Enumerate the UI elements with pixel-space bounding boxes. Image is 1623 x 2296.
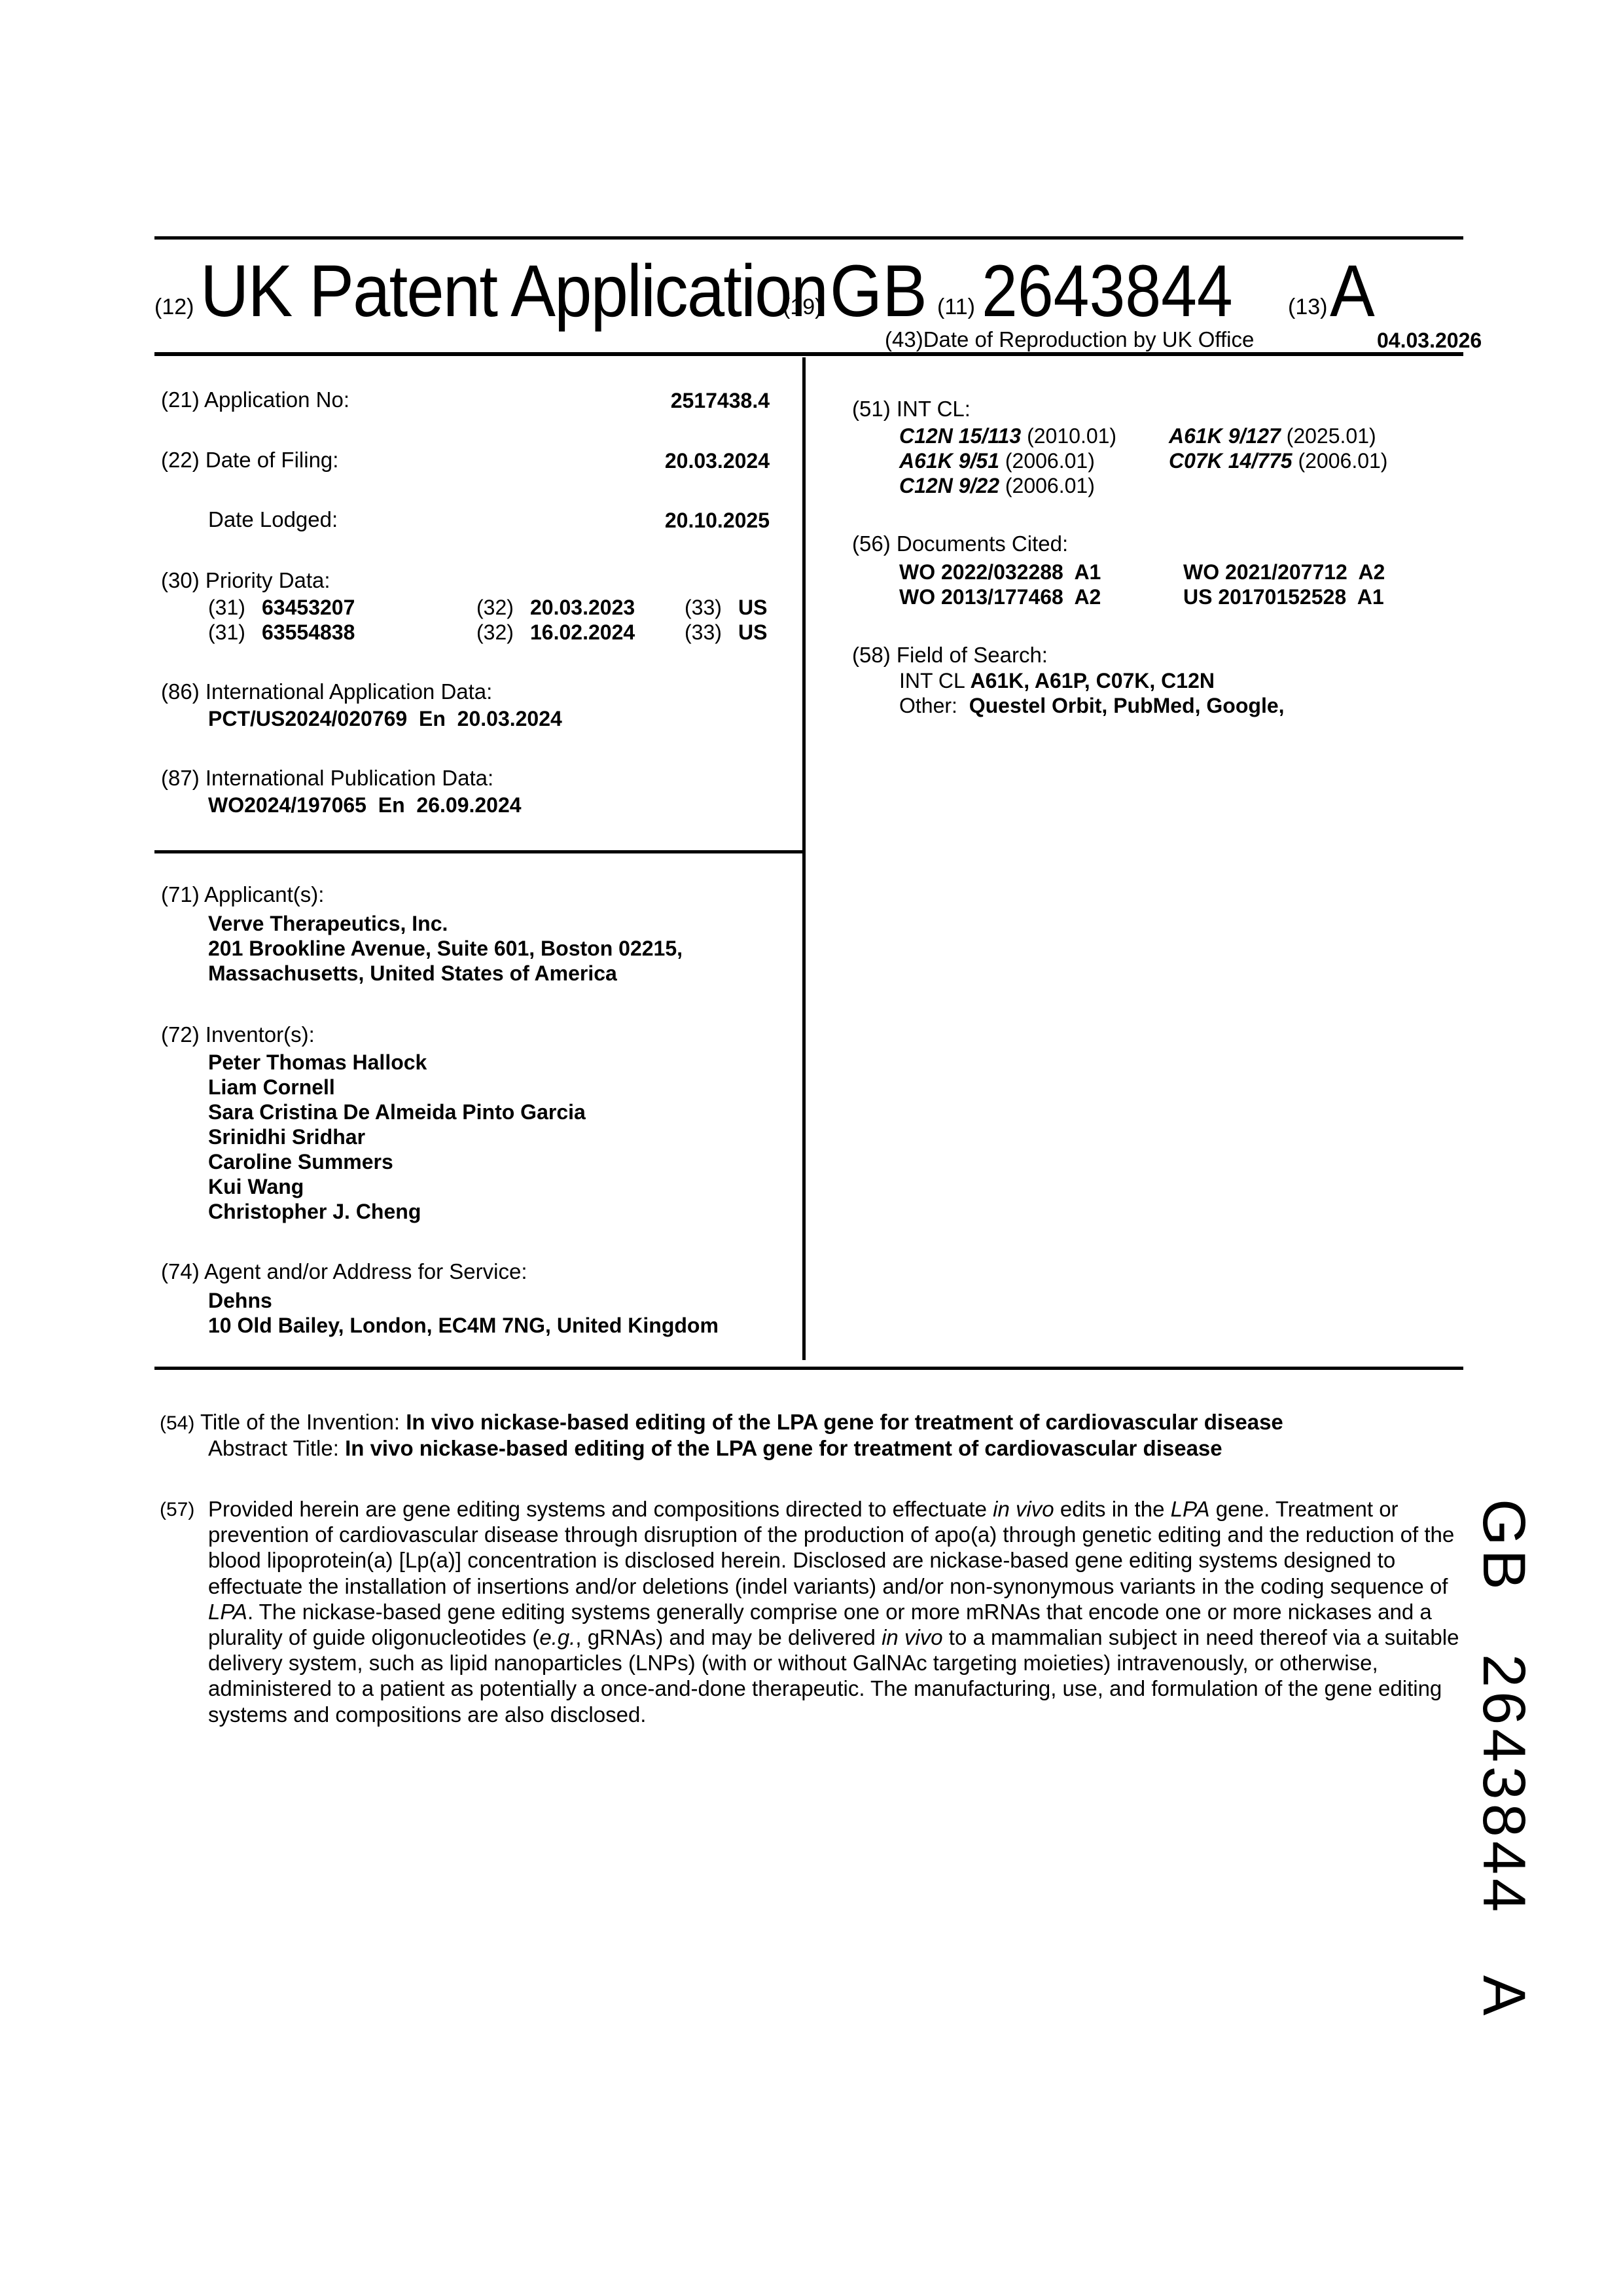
int-cl-version: (2006.01) xyxy=(1005,449,1095,473)
applicant-details: Verve Therapeutics, Inc.201 Brookline Av… xyxy=(208,911,683,986)
int-cl-entry: C07K 14/775 (2006.01) xyxy=(1169,449,1387,473)
side-country: GB xyxy=(1469,1499,1538,1594)
int-cl-class: C07K 14/775 xyxy=(1169,449,1293,473)
intl-publication-label: (87) International Publication Data: xyxy=(161,766,493,791)
inid-code-43: (43) xyxy=(885,327,923,351)
agent-line: 10 Old Bailey, London, EC4M 7NG, United … xyxy=(208,1313,719,1338)
abstract-title: Abstract Title: In vivo nickase-based ed… xyxy=(208,1436,1222,1461)
intl-publication-value: WO2024/197065 En 26.09.2024 xyxy=(208,793,522,817)
applicants-label-text: Applicant(s): xyxy=(204,882,324,906)
inid-code-19: (19) xyxy=(783,295,822,320)
priority-country: US xyxy=(738,596,767,620)
search-other-label: Other: xyxy=(899,694,957,717)
int-cl-version: (2025.01) xyxy=(1287,424,1376,448)
field-of-search-label-text: Field of Search: xyxy=(897,643,1048,667)
priority-date: 16.02.2024 xyxy=(530,620,635,645)
inventor-name: Christopher J. Cheng xyxy=(208,1199,586,1224)
application-no-value: 2517438.4 xyxy=(671,389,770,413)
inid-code-30: (30) xyxy=(161,568,200,592)
inventor-list: Peter Thomas HallockLiam CornellSara Cri… xyxy=(208,1050,586,1224)
invention-title-label: Title of the Invention: xyxy=(200,1410,400,1434)
reproduction-date: 04.03.2026 xyxy=(1377,329,1482,353)
filing-date-value: 20.03.2024 xyxy=(665,449,770,473)
inventor-name: Caroline Summers xyxy=(208,1149,586,1174)
agent-details: Dehns10 Old Bailey, London, EC4M 7NG, Un… xyxy=(208,1288,719,1338)
inventor-name: Kui Wang xyxy=(208,1174,586,1199)
field-of-search-int-cl: INT CL A61K, A61P, C07K, C12N xyxy=(899,669,1215,693)
abstract-italic-term: e.g. xyxy=(539,1625,575,1649)
inid-code-22: (22) xyxy=(161,448,200,472)
abstract-text: Provided herein are gene editing systems… xyxy=(208,1496,1467,1727)
top-rule xyxy=(154,236,1463,240)
int-cl-version: (2010.01) xyxy=(1027,424,1116,448)
document-type-title: UK Patent Application xyxy=(200,249,827,333)
kind-code: A xyxy=(1330,249,1375,333)
applicant-line: Massachusetts, United States of America xyxy=(208,961,683,986)
abstract-italic-term: in vivo xyxy=(993,1497,1054,1521)
inid-code-21: (21) xyxy=(161,387,200,412)
invention-title: (54) Title of the Invention: In vivo nic… xyxy=(160,1410,1283,1435)
int-cl-version: (2006.01) xyxy=(1298,449,1387,473)
cited-document: WO 2022/032288 A1 xyxy=(899,560,1101,584)
filing-date-label: (22) Date of Filing: xyxy=(161,448,338,473)
int-cl-class: C12N 15/113 xyxy=(899,424,1021,448)
applicant-line: 201 Brookline Avenue, Suite 601, Boston … xyxy=(208,936,683,961)
abstract-title-value: In vivo nickase-based editing of the LPA… xyxy=(345,1436,1222,1460)
date-lodged-label: Date Lodged: xyxy=(208,507,338,532)
intl-application-value: PCT/US2024/020769 En 20.03.2024 xyxy=(208,707,562,731)
int-cl-entry: A61K 9/51 (2006.01) xyxy=(899,449,1095,473)
int-cl-class: A61K 9/51 xyxy=(899,449,999,473)
inventor-name: Peter Thomas Hallock xyxy=(208,1050,586,1075)
side-kind: A xyxy=(1469,1975,1538,2019)
inid-code-13: (13) xyxy=(1288,295,1327,320)
inid-code-54: (54) xyxy=(160,1412,194,1434)
abstract-title-label: Abstract Title: xyxy=(208,1436,339,1460)
inid-code-87: (87) xyxy=(161,766,200,790)
cited-document: WO 2021/207712 A2 xyxy=(1183,560,1385,584)
reproduction-label-text: Date of Reproduction by UK Office xyxy=(923,327,1255,351)
application-no-label-text: Application No: xyxy=(204,387,349,412)
abstract-italic-term: LPA xyxy=(1171,1497,1210,1521)
int-cl-entry: A61K 9/127 (2025.01) xyxy=(1169,424,1376,448)
priority-data-label: (30) Priority Data: xyxy=(161,568,330,593)
inid-code-74: (74) xyxy=(161,1259,200,1283)
int-cl-class: A61K 9/127 xyxy=(1169,424,1281,448)
inventor-name: Srinidhi Sridhar xyxy=(208,1124,586,1149)
column-divider xyxy=(802,357,806,1360)
cited-document: US 20170152528 A1 xyxy=(1183,585,1384,609)
field-of-search-other: Other: Questel Orbit, PubMed, Google, xyxy=(899,694,1285,718)
int-cl-label-text: INT CL: xyxy=(897,397,971,421)
inid-code-58: (58) xyxy=(852,643,891,667)
int-cl-entry: C12N 15/113 (2010.01) xyxy=(899,424,1116,448)
priority-code-32: (32) xyxy=(476,596,514,620)
documents-cited-label-text: Documents Cited: xyxy=(897,531,1068,556)
intl-application-label-text: International Application Data: xyxy=(205,679,492,704)
priority-code-31: (31) xyxy=(208,596,245,620)
intl-application-label: (86) International Application Data: xyxy=(161,679,492,704)
inid-code-72: (72) xyxy=(161,1022,200,1047)
inventors-label: (72) Inventor(s): xyxy=(161,1022,315,1047)
int-cl-label: (51) INT CL: xyxy=(852,397,971,422)
country-code: GB xyxy=(830,249,927,333)
priority-data-label-text: Priority Data: xyxy=(205,568,330,592)
priority-code-31: (31) xyxy=(208,620,245,645)
date-lodged-value: 20.10.2025 xyxy=(665,509,770,533)
inventors-label-text: Inventor(s): xyxy=(205,1022,315,1047)
intl-publication-label-text: International Publication Data: xyxy=(205,766,493,790)
agent-label: (74) Agent and/or Address for Service: xyxy=(161,1259,527,1284)
filing-date-label-text: Date of Filing: xyxy=(205,448,339,472)
inid-code-57: (57) xyxy=(160,1499,194,1521)
header-bottom-rule xyxy=(154,352,1463,356)
priority-number: 63453207 xyxy=(262,596,355,620)
abstract-italic-term: in vivo xyxy=(882,1625,943,1649)
priority-code-33: (33) xyxy=(685,596,722,620)
cited-document: WO 2013/177468 A2 xyxy=(899,585,1101,609)
inid-code-51: (51) xyxy=(852,397,891,421)
inid-code-11: (11) xyxy=(937,295,975,320)
publication-number: 2643844 xyxy=(982,249,1233,333)
priority-code-32: (32) xyxy=(476,620,514,645)
inid-code-56: (56) xyxy=(852,531,891,556)
agent-label-text: Agent and/or Address for Service: xyxy=(204,1259,527,1283)
side-publication-label: GB 2643844 A xyxy=(1469,1499,1538,2059)
reproduction-date-label: (43)Date of Reproduction by UK Office xyxy=(885,327,1254,352)
priority-code-33: (33) xyxy=(685,620,722,645)
int-cl-version: (2006.01) xyxy=(1005,474,1095,497)
side-number: 2643844 xyxy=(1469,1654,1538,1916)
search-other-value: Questel Orbit, PubMed, Google, xyxy=(969,694,1285,717)
int-cl-class: C12N 9/22 xyxy=(899,474,999,497)
priority-date: 20.03.2023 xyxy=(530,596,635,620)
invention-title-value: In vivo nickase-based editing of the LPA… xyxy=(406,1410,1283,1434)
application-no-label: (21) Application No: xyxy=(161,387,349,412)
inventor-name: Sara Cristina De Almeida Pinto Garcia xyxy=(208,1100,586,1124)
biblio-bottom-rule xyxy=(154,1367,1463,1370)
field-of-search-label: (58) Field of Search: xyxy=(852,643,1048,668)
applicant-line: Verve Therapeutics, Inc. xyxy=(208,911,683,936)
left-section-rule xyxy=(154,850,802,853)
priority-number: 63554838 xyxy=(262,620,355,645)
priority-country: US xyxy=(738,620,767,645)
search-int-cl-value: A61K, A61P, C07K, C12N xyxy=(970,669,1215,692)
inid-code-71: (71) xyxy=(161,882,200,906)
applicants-label: (71) Applicant(s): xyxy=(161,882,324,907)
agent-line: Dehns xyxy=(208,1288,719,1313)
int-cl-entry: C12N 9/22 (2006.01) xyxy=(899,474,1095,498)
inventor-name: Liam Cornell xyxy=(208,1075,586,1100)
search-int-cl-label: INT CL xyxy=(899,669,965,692)
inid-code-86: (86) xyxy=(161,679,200,704)
documents-cited-label: (56) Documents Cited: xyxy=(852,531,1068,556)
abstract-italic-term: LPA xyxy=(208,1600,247,1624)
inid-code-12: (12) xyxy=(154,295,194,320)
